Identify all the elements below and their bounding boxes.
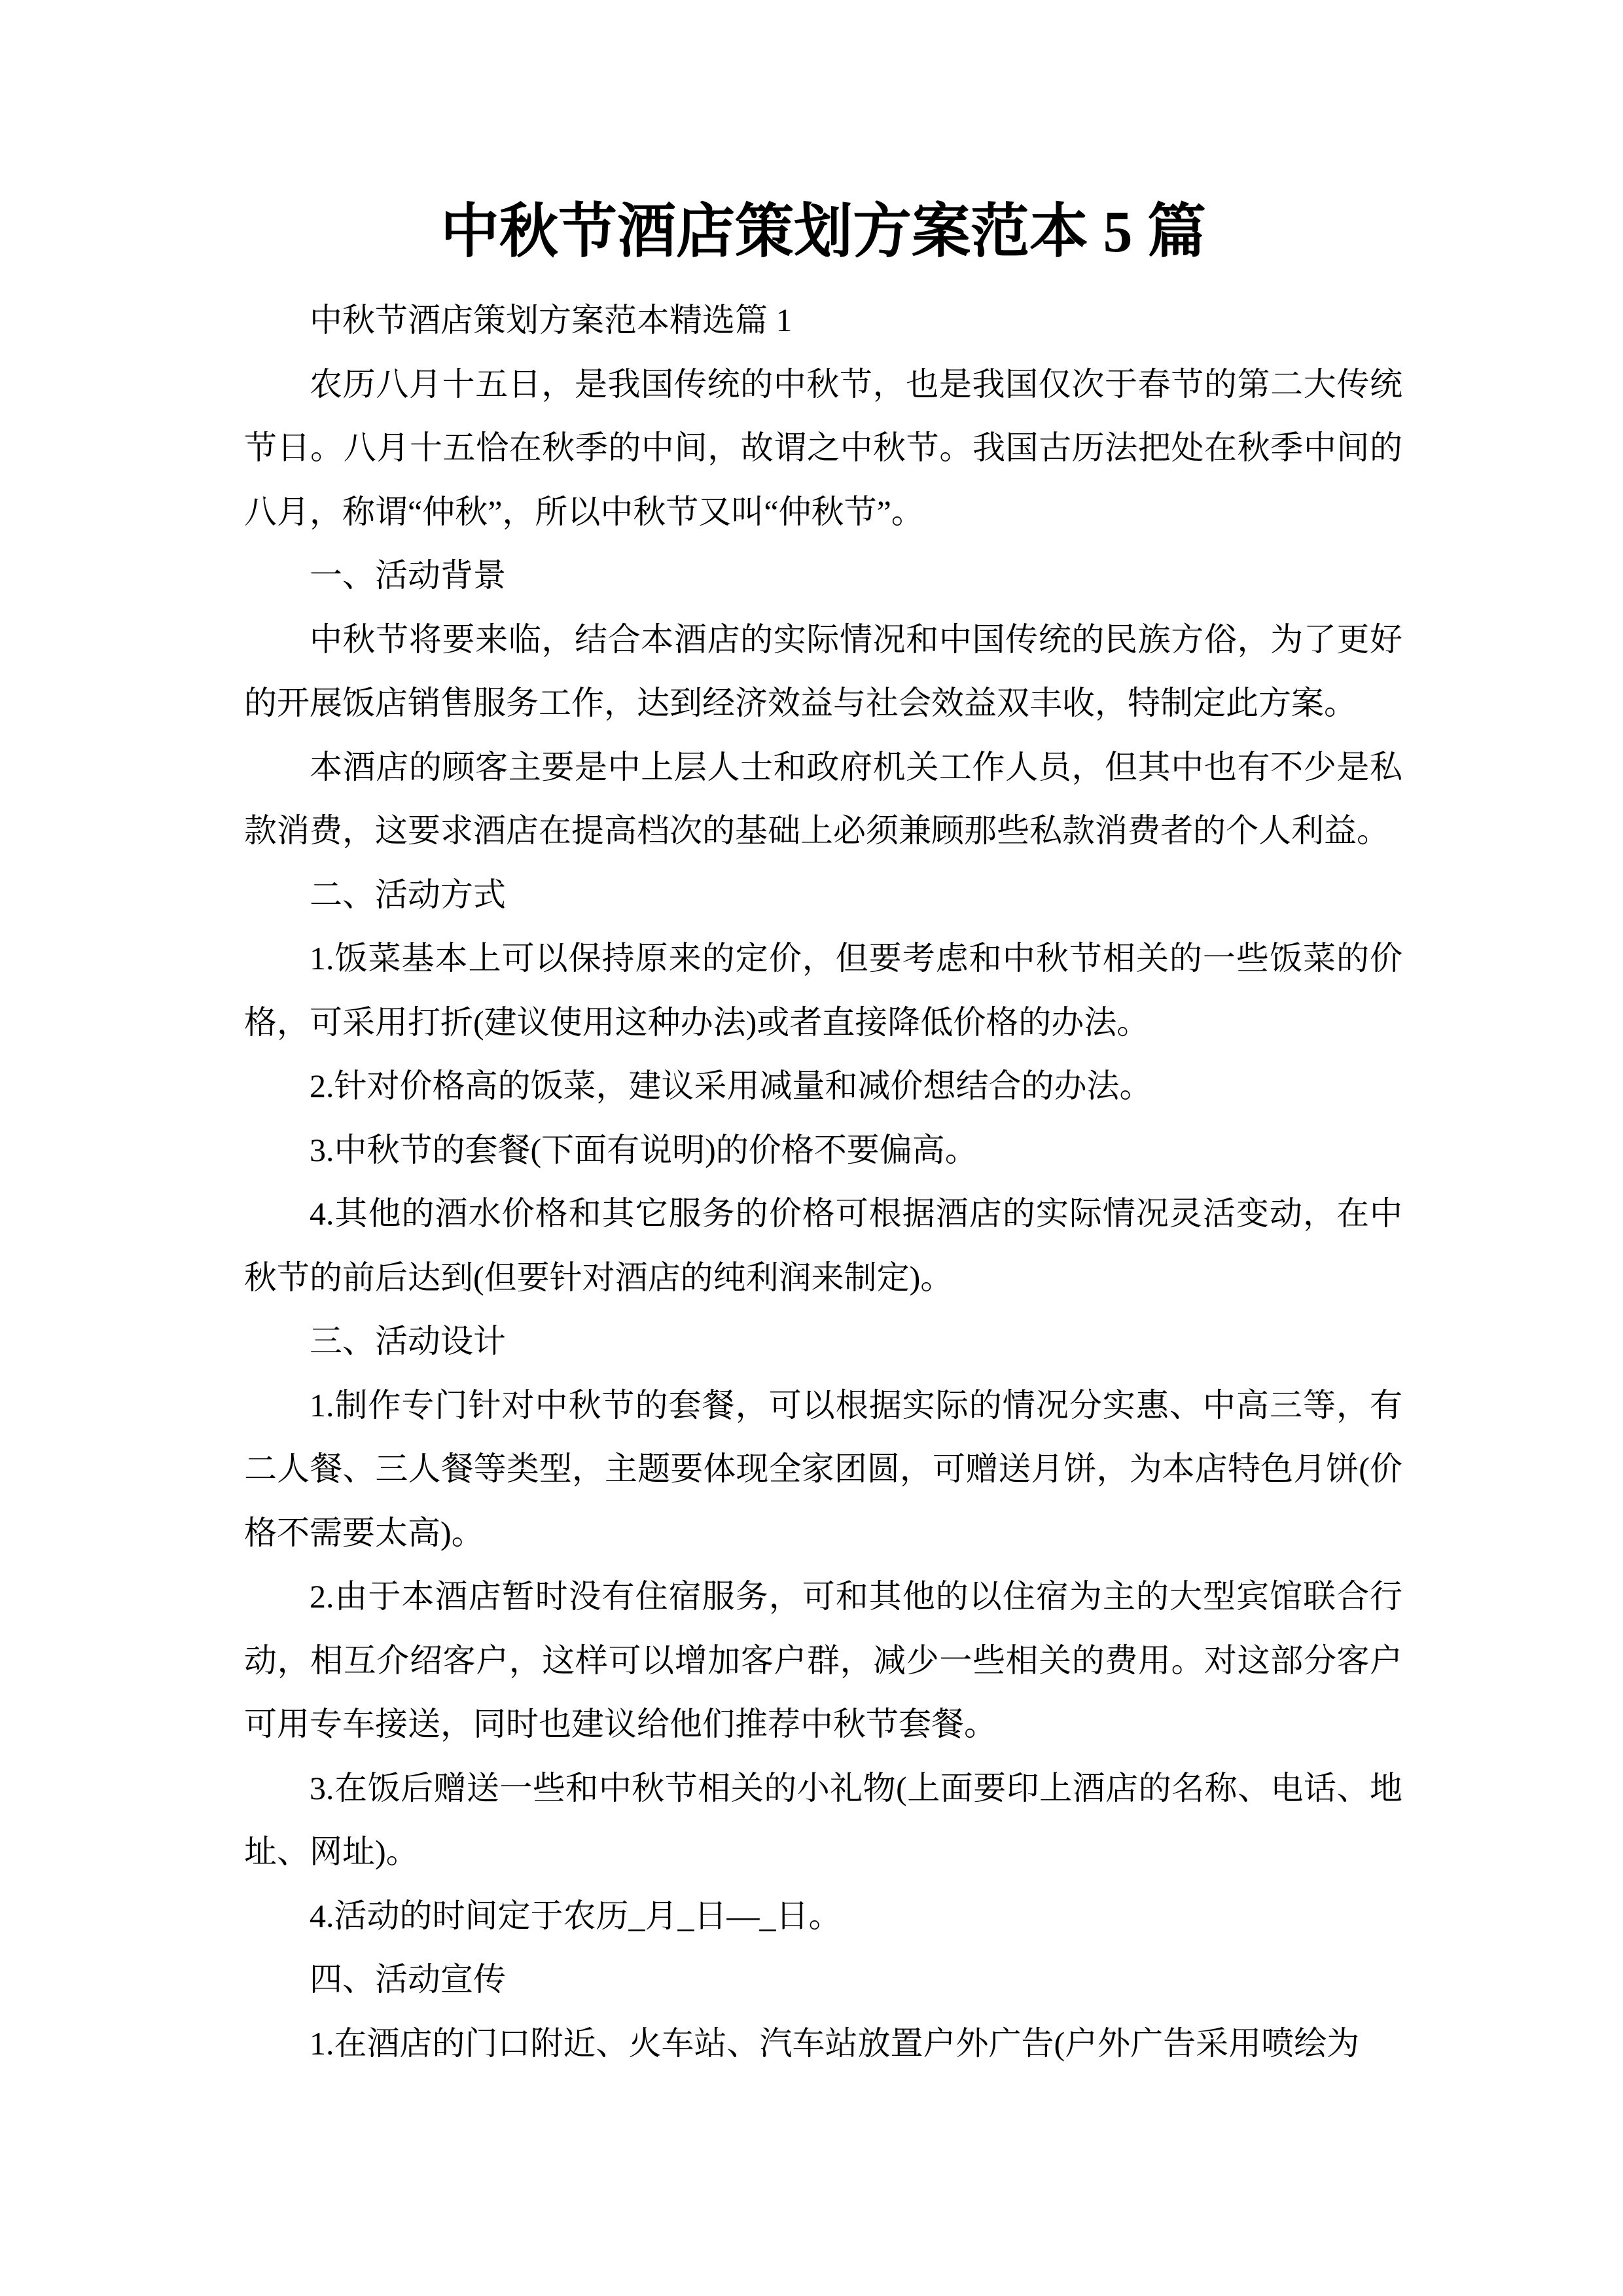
paragraph: 4.其他的酒水价格和其它服务的价格可根据酒店的实际情况灵活变动，在中秋节的前后达… [244,1182,1402,1310]
paragraph: 4.活动的时间定于农历_月_日—_日。 [244,1884,1402,1948]
paragraph: 农历八月十五日，是我国传统的中秋节，也是我国仅次于春节的第二大传统节日。八月十五… [244,353,1402,545]
document-body: 中秋节酒店策划方案范本精选篇 1农历八月十五日，是我国传统的中秋节，也是我国仅次… [244,289,1402,2075]
paragraph: 1.在酒店的门口附近、火车站、汽车站放置户外广告(户外广告采用喷绘为 [244,2012,1402,2076]
paragraph: 1.制作专门针对中秋节的套餐，可以根据实际的情况分实惠、中高三等，有二人餐、三人… [244,1374,1402,1566]
paragraph: 1.饭菜基本上可以保持原来的定价，但要考虑和中秋节相关的一些饭菜的价格，可采用打… [244,927,1402,1054]
paragraph: 3.在饭后赠送一些和中秋节相关的小礼物(上面要印上酒店的名称、电话、地址、网址)… [244,1757,1402,1884]
paragraph: 四、活动宣传 [244,1948,1402,2012]
paragraph: 3.中秋节的套餐(下面有说明)的价格不要偏高。 [244,1119,1402,1183]
paragraph: 中秋节将要来临，结合本酒店的实际情况和中国传统的民族方俗，为了更好的开展饭店销售… [244,608,1402,736]
paragraph: 中秋节酒店策划方案范本精选篇 1 [244,289,1402,353]
paragraph: 二、活动方式 [244,863,1402,927]
paragraph: 三、活动设计 [244,1310,1402,1374]
paragraph: 2.由于本酒店暂时没有住宿服务，可和其他的以住宿为主的大型宾馆联合行动，相互介绍… [244,1565,1402,1757]
document-title: 中秋节酒店策划方案范本 5 篇 [244,194,1402,270]
document-content: 中秋节酒店策划方案范本 5 篇 中秋节酒店策划方案范本精选篇 1农历八月十五日，… [0,0,1623,2075]
paragraph: 一、活动背景 [244,544,1402,608]
paragraph: 2.针对价格高的饭菜，建议采用减量和减价想结合的办法。 [244,1054,1402,1119]
paragraph: 本酒店的顾客主要是中上层人士和政府机关工作人员，但其中也有不少是私款消费，这要求… [244,736,1402,863]
document-page: 中秋节酒店策划方案范本 5 篇 中秋节酒店策划方案范本精选篇 1农历八月十五日，… [0,0,1623,2296]
